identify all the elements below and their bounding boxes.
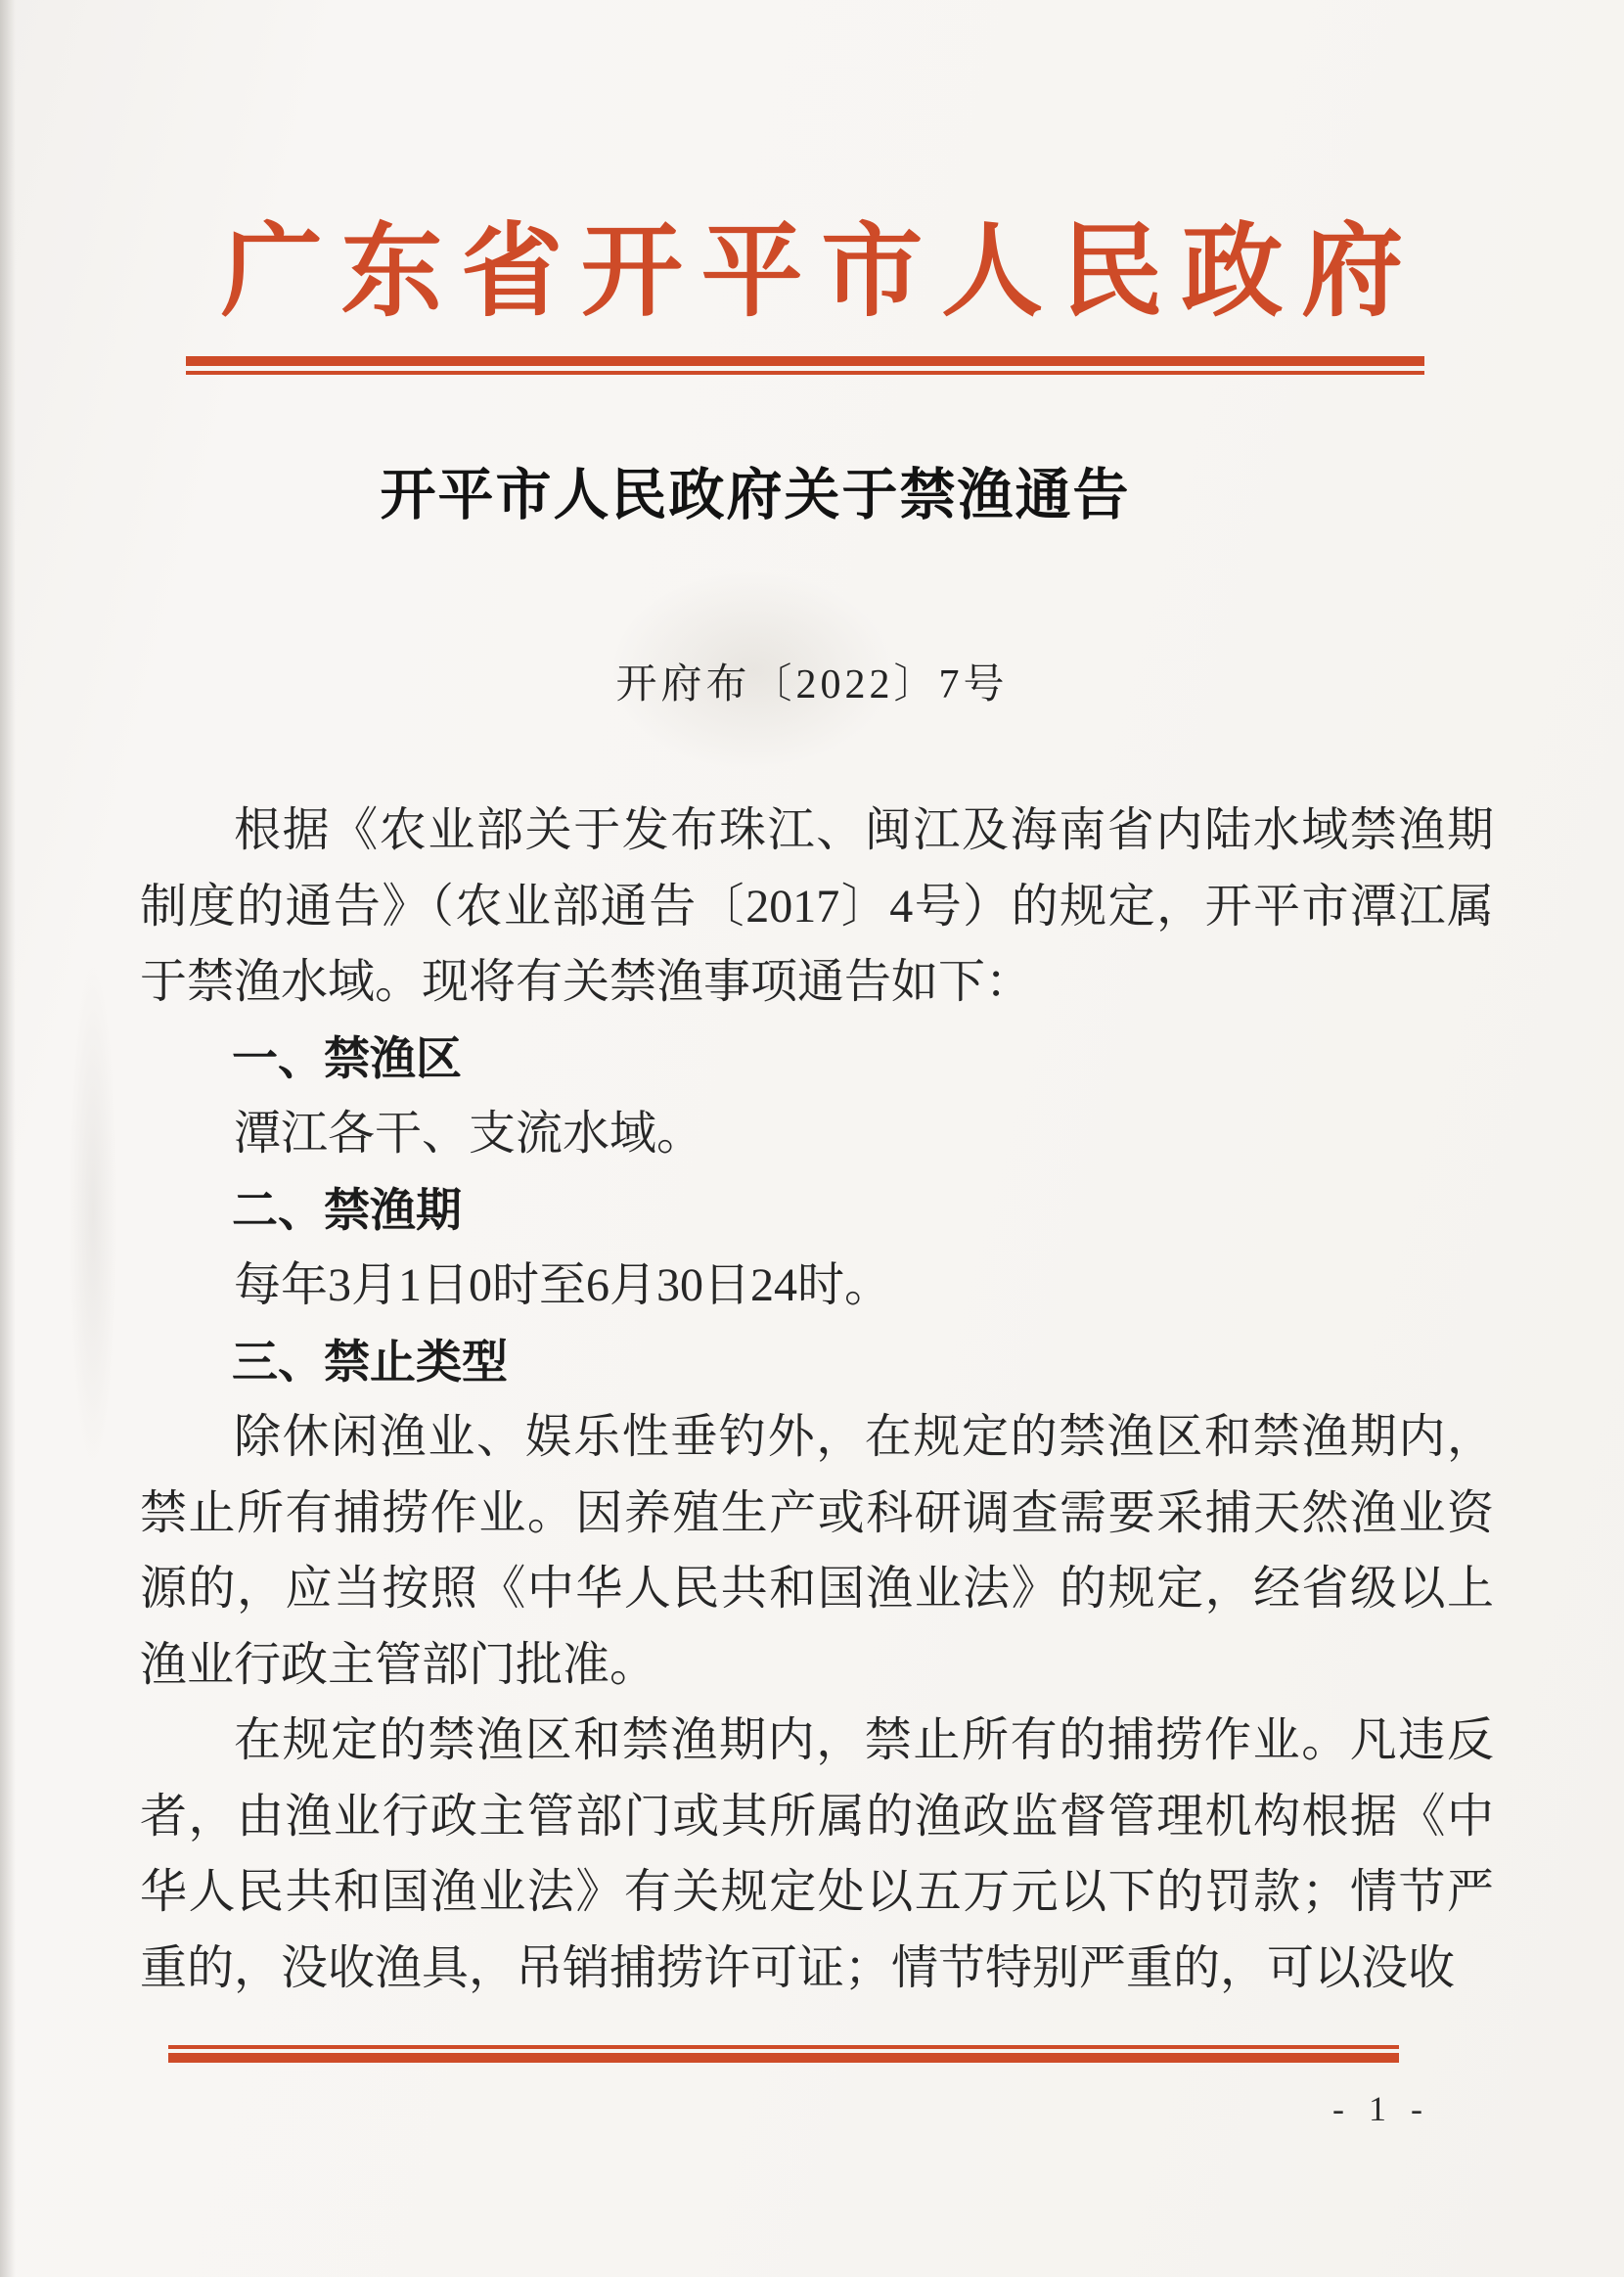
page-number: - 1 - — [1332, 2088, 1430, 2129]
paragraph-penalties: 在规定的禁渔区和禁渔期内，禁止所有的捕捞作业。凡违反者，由渔业行政主管部门或其所… — [140, 1703, 1494, 2006]
letterhead-rule-thick — [186, 356, 1424, 366]
footer-rule — [168, 2045, 1399, 2063]
paragraph-intro: 根据《农业部关于发布珠江、闽江及海南省内陆水域禁渔期制度的通告》（农业部通告〔2… — [140, 793, 1494, 1021]
document-title: 开平市人民政府关于禁渔通告 — [0, 450, 1567, 530]
scan-edge-shadow — [0, 0, 16, 2277]
paragraph-ban-period: 每年3月1日0时至6月30日24时。 — [140, 1248, 1494, 1324]
footer-rule-thin — [168, 2045, 1399, 2049]
letterhead-org-name: 广东省开平市人民政府 — [0, 209, 1624, 337]
document-page: 广东省开平市人民政府 开平市人民政府关于禁渔通告 开府布〔2022〕7号 根据《… — [0, 0, 1624, 2277]
footer-rule-thick — [168, 2053, 1399, 2063]
paragraph-ban-area: 潭江各干、支流水域。 — [140, 1096, 1494, 1172]
section-heading-2: 二、禁渔期 — [140, 1172, 1494, 1249]
document-number: 开府布〔2022〕7号 — [0, 652, 1624, 710]
paragraph-ban-types: 除休闲渔业、娱乐性垂钓外，在规定的禁渔区和禁渔期内，禁止所有捕捞作业。因养殖生产… — [140, 1399, 1494, 1703]
letterhead-rule — [186, 356, 1424, 375]
scan-smudge — [68, 959, 117, 1468]
section-heading-1: 一、禁渔区 — [140, 1021, 1494, 1097]
section-heading-3: 三、禁止类型 — [140, 1324, 1494, 1400]
document-body: 根据《农业部关于发布珠江、闽江及海南省内陆水域禁渔期制度的通告》（农业部通告〔2… — [140, 793, 1494, 2006]
letterhead-rule-thin — [186, 371, 1424, 375]
